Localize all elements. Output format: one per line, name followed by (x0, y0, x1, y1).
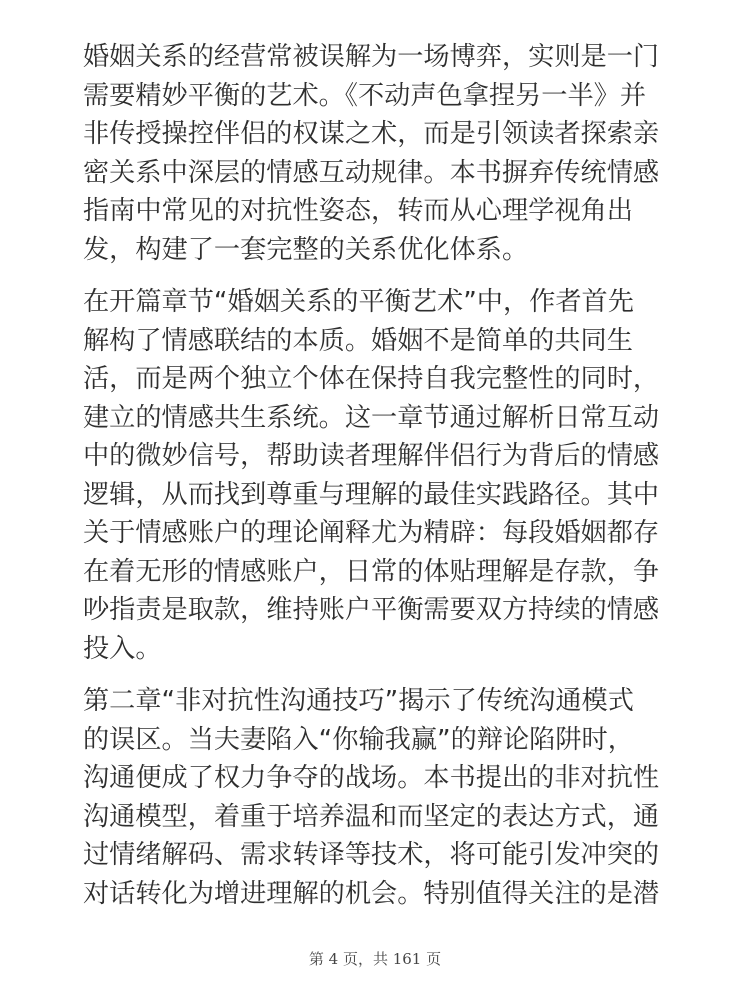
paragraph-3: 第二章“非对抗性沟通技巧”揭示了传统沟通模式 的误区。当夫妻陷入“你输我赢”的辩… (83, 682, 683, 913)
text-line: 沟通便成了权力争夺的战场。本书提出的非对抗性 (83, 759, 683, 798)
text-line: 指南中常见的对抗性姿态，转而从心理学视角出 (83, 192, 683, 231)
text-line: 对话转化为增进理解的机会。特别值得关注的是潜 (83, 875, 683, 914)
text-line: 投入。 (83, 630, 683, 669)
text-line: 发，构建了一套完整的关系优化体系。 (83, 231, 683, 270)
text-line: 逻辑，从而找到尊重与理解的最佳实践路径。其中 (83, 476, 683, 515)
text-line: 过情绪解码、需求转译等技术，将可能引发冲突的 (83, 836, 683, 875)
paragraph-2: 在开篇章节“婚姻关系的平衡艺术”中，作者首先 解构了情感联结的本质。婚姻不是简单… (83, 283, 683, 668)
text-line: 非传授操控伴侣的权谋之术，而是引领读者探索亲 (83, 115, 683, 154)
text-line: 沟通模型，着重于培养温和而坚定的表达方式，通 (83, 798, 683, 837)
text-line: 活，而是两个独立个体在保持自我完整性的同时， (83, 360, 683, 399)
text-line: 第二章“非对抗性沟通技巧”揭示了传统沟通模式 (83, 682, 683, 721)
text-line: 中的微妙信号，帮助读者理解伴侣行为背后的情感 (83, 437, 683, 476)
text-line: 的误区。当夫妻陷入“你输我赢”的辩论陷阱时， (83, 721, 683, 760)
text-line: 建立的情感共生系统。这一章节通过解析日常互动 (83, 399, 683, 438)
text-line: 解构了情感联结的本质。婚姻不是简单的共同生 (83, 322, 683, 361)
text-line: 吵指责是取款，维持账户平衡需要双方持续的情感 (83, 591, 683, 630)
document-page: 婚姻关系的经营常被误解为一场博弈，实则是一门 需要精妙平衡的艺术。《不动声色拿捏… (83, 38, 683, 927)
text-line: 需要精妙平衡的艺术。《不动声色拿捏另一半》并 (83, 77, 683, 116)
text-line: 在开篇章节“婚姻关系的平衡艺术”中，作者首先 (83, 283, 683, 322)
paragraph-1: 婚姻关系的经营常被误解为一场博弈，实则是一门 需要精妙平衡的艺术。《不动声色拿捏… (83, 38, 683, 269)
text-line: 密关系中深层的情感互动规律。本书摒弃传统情感 (83, 154, 683, 193)
page-indicator: 第 4 页，共 161 页 (0, 949, 750, 969)
text-line: 婚姻关系的经营常被误解为一场博弈，实则是一门 (83, 38, 683, 77)
text-line: 在着无形的情感账户，日常的体贴理解是存款，争 (83, 553, 683, 592)
text-line: 关于情感账户的理论阐释尤为精辟：每段婚姻都存 (83, 514, 683, 553)
